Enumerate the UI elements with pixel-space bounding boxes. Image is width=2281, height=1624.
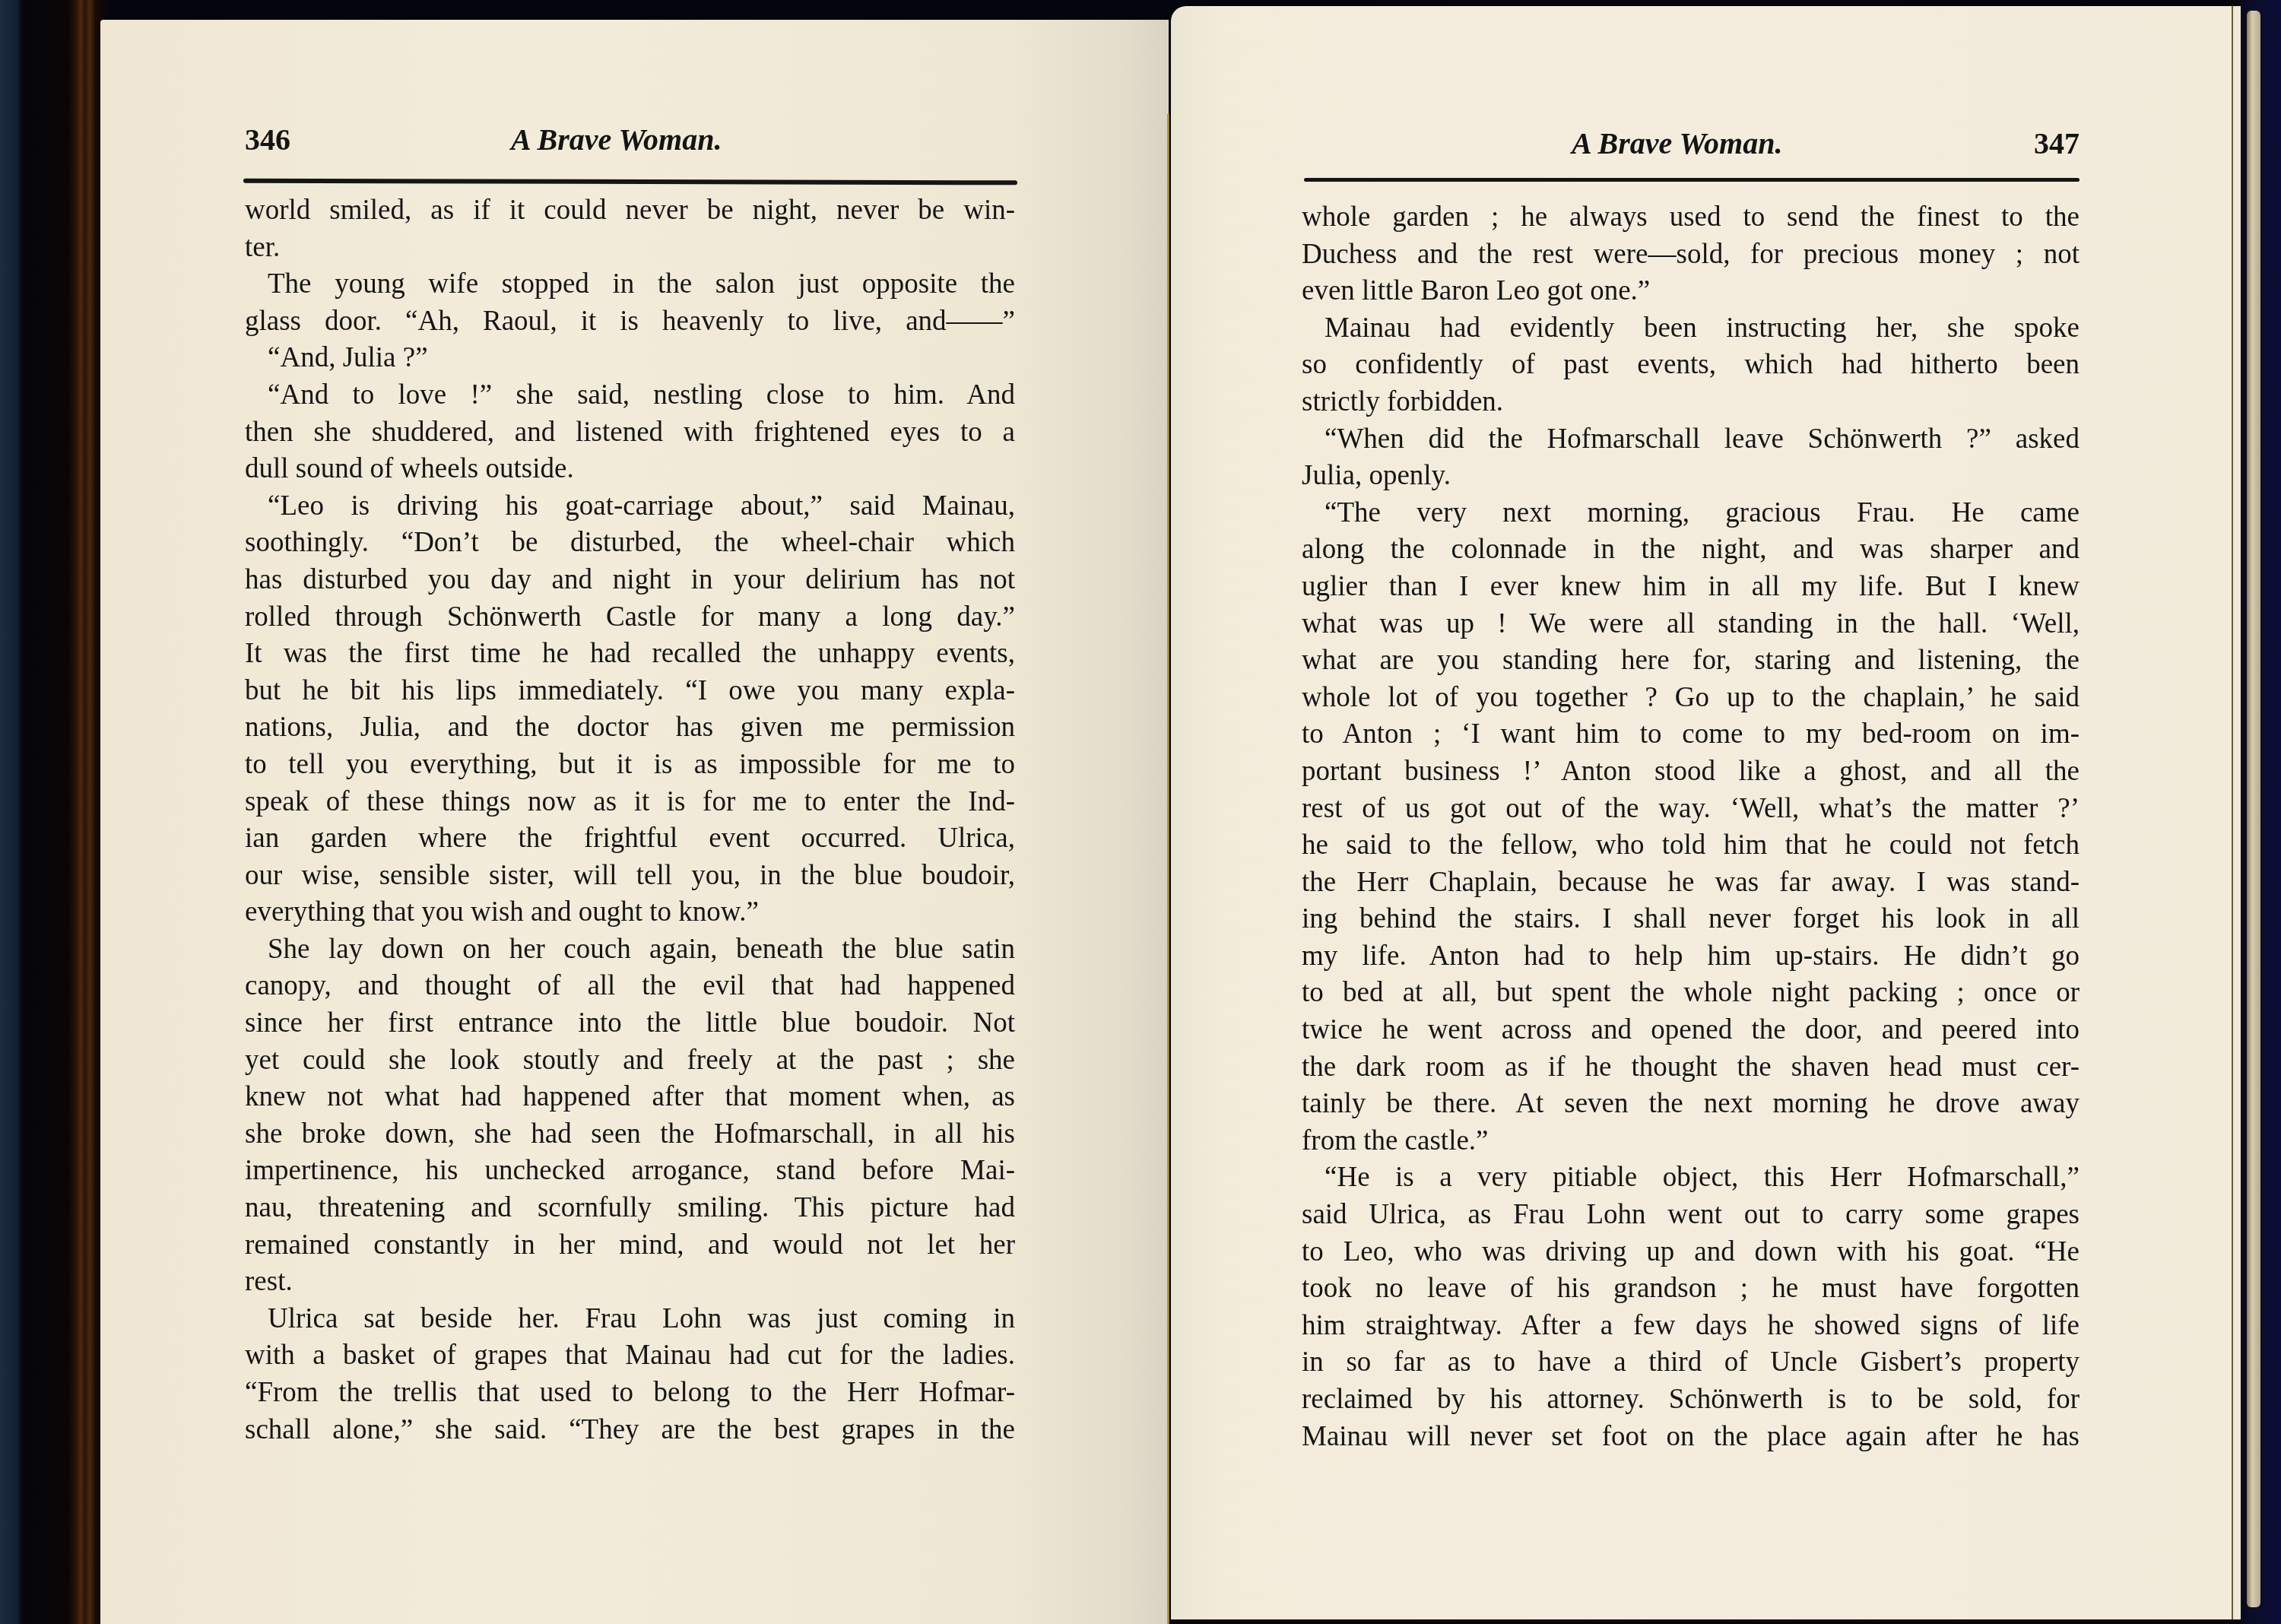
text-line: rest. [245,1264,1015,1301]
text-line: speak of these things now as it is for m… [245,784,1015,821]
running-title: A Brave Woman. [511,122,722,157]
text-line: with a basket of grapes that Mainau had … [245,1337,1015,1375]
text-line: along the colonnade in the night, and wa… [1302,531,2080,569]
text-line: “When did the Hofmarschall leave Schönwe… [1302,421,2080,458]
text-line: ian garden where the frightful event occ… [245,820,1015,858]
text-line: everything that you wish and ought to kn… [245,894,1015,931]
text-line: so confidently of past events, which had… [1302,347,2080,384]
text-line: to Anton ; ‘I want him to come to my bed… [1302,716,2080,753]
left-page-header: 346 A Brave Woman. [245,122,1017,167]
text-line: since her first entrance into the little… [245,1005,1015,1042]
text-line: nations, Julia, and the doctor has given… [245,709,1015,747]
text-line: The young wife stopped in the salon just… [245,266,1015,303]
right-page-header: A Brave Woman. 347 [1302,125,2080,171]
text-line: he said to the fellow, who told him that… [1302,827,2080,864]
header-rule [1304,178,2080,182]
text-line: strictly forbidden. [1302,384,2080,421]
text-line: yet could she look stoutly and freely at… [245,1042,1015,1080]
text-line: to bed at all, but spent the whole night… [1302,975,2080,1012]
text-line: impertinence, his unchecked arrogance, s… [245,1153,1015,1190]
text-line: remained constantly in her mind, and wou… [245,1227,1015,1264]
text-line: Mainau will never set foot on the place … [1302,1419,2080,1456]
text-line: “And to love !” she said, nestling close… [245,377,1015,414]
page-number: 347 [2034,125,2080,161]
text-line: “And, Julia ?” [245,340,1015,377]
text-line: she broke down, she had seen the Hofmars… [245,1116,1015,1153]
text-line: Mainau had evidently been instructing he… [1302,310,2080,347]
text-line: has disturbed you day and night in your … [245,562,1015,599]
text-line: tainly be there. At seven the next morni… [1302,1086,2080,1123]
text-line: whole lot of you together ? Go up to the… [1302,680,2080,717]
text-line: Duchess and the rest were—sold, for prec… [1302,236,2080,274]
text-line: ing behind the stairs. I shall never for… [1302,901,2080,938]
binding-thread [1167,114,1169,1624]
text-line: whole garden ; he always used to send th… [1302,199,2080,236]
text-line: rest of us got out of the way. ‘Well, wh… [1302,791,2080,828]
page-number: 346 [245,122,290,157]
text-line: twice he went across and opened the door… [1302,1012,2080,1049]
text-line: even little Baron Leo got one.” [1302,273,2080,310]
text-line: knew not what had happened after that mo… [245,1079,1015,1116]
left-page-body-text: world smiled, as if it could never be ni… [245,192,1015,1448]
text-line: from the castle.” [1302,1123,2080,1160]
text-line: but he bit his lips immediately. “I owe … [245,673,1015,710]
page-block-edge [2247,11,2260,1607]
text-line: reclaimed by his attorney. Schönwerth is… [1302,1381,2080,1419]
text-line: schall alone,” she said. “They are the b… [245,1412,1015,1449]
text-line: “He is a very pitiable object, this Herr… [1302,1159,2080,1197]
text-line: our wise, sensible sister, will tell you… [245,858,1015,895]
text-line: what was up ! We were all standing in th… [1302,606,2080,643]
text-line: canopy, and thought of all the evil that… [245,968,1015,1005]
text-line: Ulrica sat beside her. Frau Lohn was jus… [245,1301,1015,1338]
text-line: “The very next morning, gracious Frau. H… [1302,495,2080,532]
text-line: world smiled, as if it could never be ni… [245,192,1015,230]
text-line: the dark room as if he thought the shave… [1302,1049,2080,1086]
text-line: Julia, openly. [1302,458,2080,495]
text-line: in so far as to have a third of Uncle Gi… [1302,1344,2080,1381]
text-line: took no leave of his grandson ; he must … [1302,1270,2080,1308]
text-line: to tell you everything, but it is as imp… [245,747,1015,784]
running-title: A Brave Woman. [1572,125,1782,161]
text-line: She lay down on her couch again, beneath… [245,931,1015,969]
text-line: It was the first time he had recalled th… [245,636,1015,673]
text-line: to Leo, who was driving up and down with… [1302,1234,2080,1271]
text-line: what are you standing here for, staring … [1302,642,2080,680]
text-line: then she shuddered, and listened with fr… [245,414,1015,452]
text-line: glass door. “Ah, Raoul, it is heavenly t… [245,303,1015,341]
text-line: portant business !’ Anton stood like a g… [1302,753,2080,791]
text-line: him straightway. After a few days he sho… [1302,1308,2080,1345]
text-line: nau, threatening and scornfully smiling.… [245,1190,1015,1227]
text-line: said Ulrica, as Frau Lohn went out to ca… [1302,1197,2080,1234]
text-line: my life. Anton had to help him up-stairs… [1302,938,2080,975]
text-line: “Leo is driving his goat-carriage about,… [245,488,1015,525]
text-line: uglier than I ever knew him in all my li… [1302,569,2080,606]
text-line: dull sound of wheels outside. [245,451,1015,488]
text-line: ter. [245,230,1015,267]
text-line: soothingly. “Don’t be disturbed, the whe… [245,525,1015,562]
book-cover-left-edge [0,0,106,1624]
right-page-edge [2232,6,2241,1619]
text-line: rolled through Schönwerth Castle for man… [245,599,1015,636]
text-line: the Herr Chaplain, because he was far aw… [1302,864,2080,902]
right-page-body-text: whole garden ; he always used to send th… [1302,199,2080,1455]
text-line: “From the trellis that used to belong to… [245,1375,1015,1412]
